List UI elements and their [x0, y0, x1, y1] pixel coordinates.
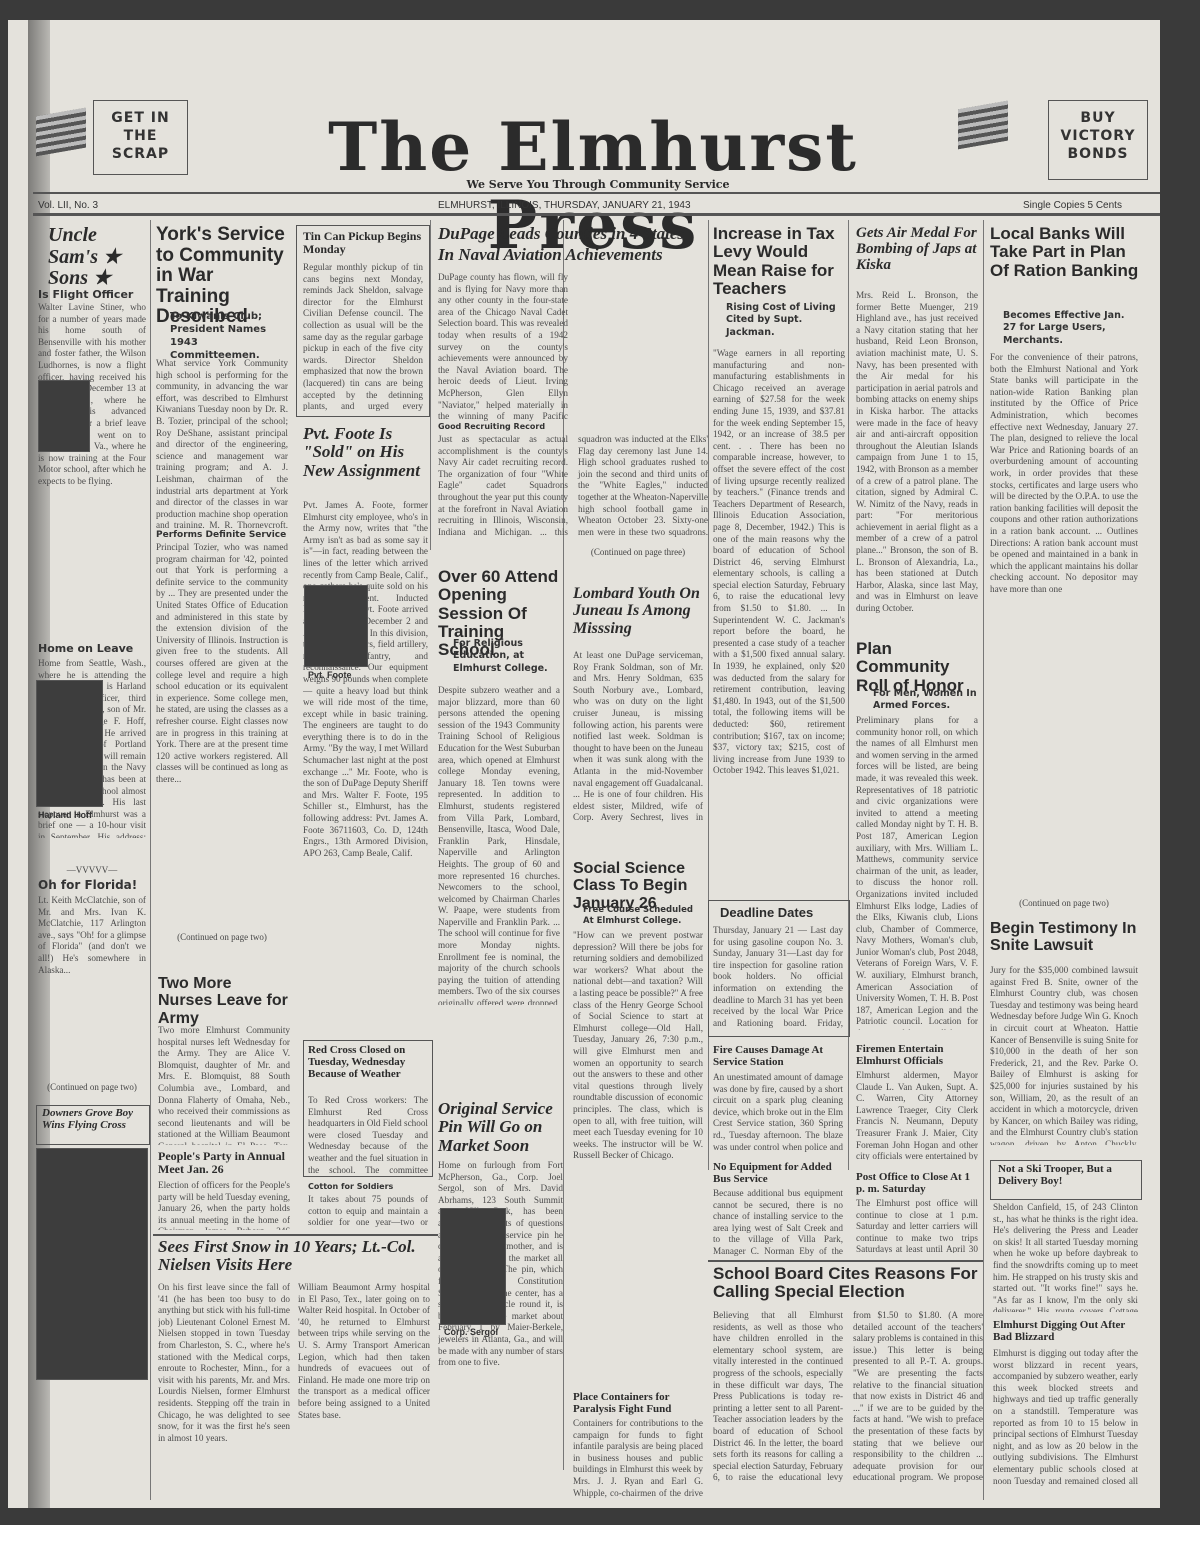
tin-can-headline: Tin Can Pickup Begins Monday	[303, 230, 423, 256]
nurses-headline: Two More Nurses Leave for Army	[158, 975, 288, 1027]
nielsen-photo	[36, 1148, 148, 1380]
deadline-body: Thursday, January 21 — Last day for usin…	[713, 925, 843, 1030]
column-divider	[430, 220, 431, 550]
red-cross-headline: Red Cross Closed on Tuesday, Wednesday B…	[308, 1045, 428, 1081]
right-ear-text: BUY VICTORY BONDS	[1061, 110, 1136, 162]
tax-levy-subhead: Rising Cost of Living Cited by Supt. Jac…	[726, 302, 841, 339]
stiner-photo	[38, 380, 90, 452]
flag-icon	[958, 101, 1008, 150]
cotton-subhead: Cotton for Soldiers	[308, 1182, 393, 1192]
nurses-body: Two more Elmhurst Community hospital nur…	[158, 1025, 290, 1145]
scan-edge-shadow	[1160, 0, 1200, 1525]
original-pin-headline: Original Service Pin Will Go on Market S…	[438, 1100, 563, 1155]
lombard-body: At least one DuPage serviceman, Roy Fran…	[573, 650, 703, 825]
nielsen-body-2: William Beaumont Army hospital in El Pas…	[298, 1282, 430, 1497]
oh-florida-body: Lt. Keith McClatchie, son of Mr. and Mrs…	[38, 895, 146, 1070]
column-divider	[983, 220, 984, 1500]
left-ear-box: GET IN THE SCRAP	[93, 100, 188, 175]
york-continued: (Continued on page two)	[156, 932, 288, 942]
dupage-headline: DuPage Leads Counties in 4 States	[438, 225, 708, 243]
york-body: What service York Community high school …	[156, 358, 288, 528]
school-board-body: Believing that all Elmhurst residents, a…	[713, 1310, 983, 1490]
tax-levy-body: "Wage earners in all reporting manufactu…	[713, 348, 845, 893]
continued-notice: (Continued on page two)	[38, 1082, 146, 1092]
over-60-body: Despite subzero weather and a major bliz…	[438, 685, 560, 1005]
york-subhead-2: Performs Definite Service	[156, 530, 286, 542]
uncle-sam-headline: Uncle Sam's ★ Sons ★	[48, 225, 148, 290]
foote-body: Pvt. James A. Foote, former Elmhurst cit…	[303, 500, 428, 930]
containers-body: Containers for contributions to the camp…	[573, 1418, 703, 1498]
flight-officer-subhead: Is Flight Officer	[38, 288, 133, 302]
left-ear-text: GET IN THE SCRAP	[111, 110, 169, 162]
cotton-body: It takes about 75 pounds of cotton to eq…	[308, 1194, 428, 1229]
dupage-body: DuPage county has flown, will fly and is…	[438, 272, 568, 422]
nielsen-headline: Sees First Snow in 10 Years; Lt.-Col. Ni…	[158, 1238, 428, 1275]
fire-headline: Fire Causes Damage At Service Station	[713, 1045, 848, 1069]
peoples-party-body: Election of officers for the People's pa…	[158, 1180, 290, 1230]
section-rule	[153, 1234, 438, 1236]
dupage-subhead: Good Recruiting Record	[438, 422, 545, 432]
air-medal-headline: Gets Air Medal For Bombing of Japs at Ki…	[856, 225, 981, 274]
newspaper-page: GET IN THE SCRAP BUY VICTORY BONDS The E…	[8, 20, 1173, 1508]
honor-roll-body: Preliminary plans for a community honor …	[856, 715, 978, 1030]
column-divider	[150, 220, 151, 1500]
masthead-rule-top	[33, 192, 1173, 194]
flying-cross-headline: Downers Grove Boy Wins Flying Cross	[42, 1108, 146, 1132]
social-science-body: "How can we prevent postwar depression? …	[573, 930, 703, 1350]
masthead-rule-bottom	[33, 213, 1173, 216]
red-cross-body: To Red Cross workers: The Elmhurst Red C…	[308, 1095, 428, 1175]
bus-headline: No Equipment for Added Bus Service	[713, 1162, 848, 1186]
ski-trooper-headline: Not a Ski Trooper, But a Delivery Boy!	[998, 1164, 1138, 1188]
dateline: ELMHURST, ILLINOIS, THURSDAY, JANUARY 21…	[438, 200, 691, 211]
dupage-headline-2: In Naval Aviation Achievements	[438, 246, 708, 264]
tagline: We Serve You Through Community Service	[398, 178, 798, 191]
oh-florida-subhead: Oh for Florida!	[38, 878, 137, 894]
fire-body: An unestimated amount of damage was done…	[713, 1072, 843, 1152]
hoff-photo	[36, 680, 103, 807]
divider-vvvvv: —VVVVV—	[38, 865, 146, 875]
firemen-body: Elmhurst aldermen, Mayor Claude L. Van A…	[856, 1070, 978, 1160]
banks-continued: (Continued on page two)	[990, 898, 1138, 908]
deadline-headline: Deadline Dates	[720, 906, 845, 920]
foote-photo-caption: Pvt. Foote	[308, 670, 352, 680]
containers-headline: Place Containers for Paralysis Fight Fun…	[573, 1392, 708, 1416]
over-60-subhead: For Religious Education, at Elmhurst Col…	[453, 638, 563, 675]
bus-body: Because additional bus equipment cannot …	[713, 1188, 843, 1258]
foote-photo	[304, 585, 368, 667]
peoples-party-headline: People's Party in Annual Meet Jan. 26	[158, 1150, 290, 1176]
hoff-photo-caption: Harland Hoff	[38, 810, 92, 820]
nielsen-body: On his first leave since the fall of '41…	[158, 1282, 290, 1497]
digging-out-body: Elmhurst is digging out today after the …	[993, 1348, 1138, 1488]
price: Single Copies 5 Cents	[1023, 200, 1122, 211]
volume-number: Vol. LII, No. 3	[38, 200, 98, 211]
section-rule	[708, 1260, 983, 1262]
post-office-headline: Post Office to Close At 1 p. m. Saturday	[856, 1172, 981, 1196]
lombard-headline: Lombard Youth On Juneau Is Among Misssin…	[573, 585, 703, 637]
school-board-headline: School Board Cites Reasons For Calling S…	[713, 1265, 983, 1302]
ski-trooper-body: Sheldon Canfield, 15, of 243 Clinton st.…	[993, 1202, 1138, 1312]
flag-icon	[36, 108, 86, 157]
right-ear-box: BUY VICTORY BONDS	[1048, 100, 1148, 180]
foote-headline: Pvt. Foote Is "Sold" on His New Assignme…	[303, 425, 428, 480]
banks-subhead: Becomes Effective Jan. 27 for Large User…	[1003, 310, 1138, 347]
tax-levy-headline: Increase in Tax Levy Would Mean Raise fo…	[713, 225, 843, 298]
dupage-continued: (Continued on page three)	[573, 547, 703, 557]
sergol-photo-caption: Corp. Sergol	[444, 1327, 498, 1337]
social-science-subhead: Free Course Scheduled At Elmhurst Colleg…	[583, 905, 703, 927]
banks-body: For the convenience of their patrons, bo…	[990, 352, 1138, 892]
snite-body: Jury for the $35,000 combined lawsuit ag…	[990, 965, 1138, 1145]
honor-roll-headline: Plan Community Roll of Honor	[856, 640, 981, 695]
post-office-body: The Elmhurst post office will continue t…	[856, 1198, 978, 1253]
sergol-photo	[440, 1208, 506, 1325]
york-subhead: To Kiwanis Club; President Names 1943 Co…	[170, 310, 285, 362]
banks-headline: Local Banks Will Take Part in Plan Of Ra…	[990, 225, 1140, 280]
firemen-headline: Firemen Entertain Elmhurst Officials	[856, 1044, 981, 1068]
home-on-leave-subhead: Home on Leave	[38, 642, 133, 656]
digging-out-headline: Elmhurst Digging Out After Bad Blizzard	[993, 1320, 1141, 1344]
honor-roll-subhead: For Men, Women In Armed Forces.	[873, 688, 983, 713]
tin-can-body: Regular monthly pickup of tin cans begin…	[303, 262, 423, 412]
snite-headline: Begin Testimony In Snite Lawsuit	[990, 920, 1138, 955]
air-medal-body: Mrs. Reid L. Bronson, the former Bette M…	[856, 290, 978, 620]
dupage-body-2: Just as spectacular as actual accomplish…	[438, 434, 708, 544]
york-body-2: Principal Tozier, who was named program …	[156, 542, 288, 932]
